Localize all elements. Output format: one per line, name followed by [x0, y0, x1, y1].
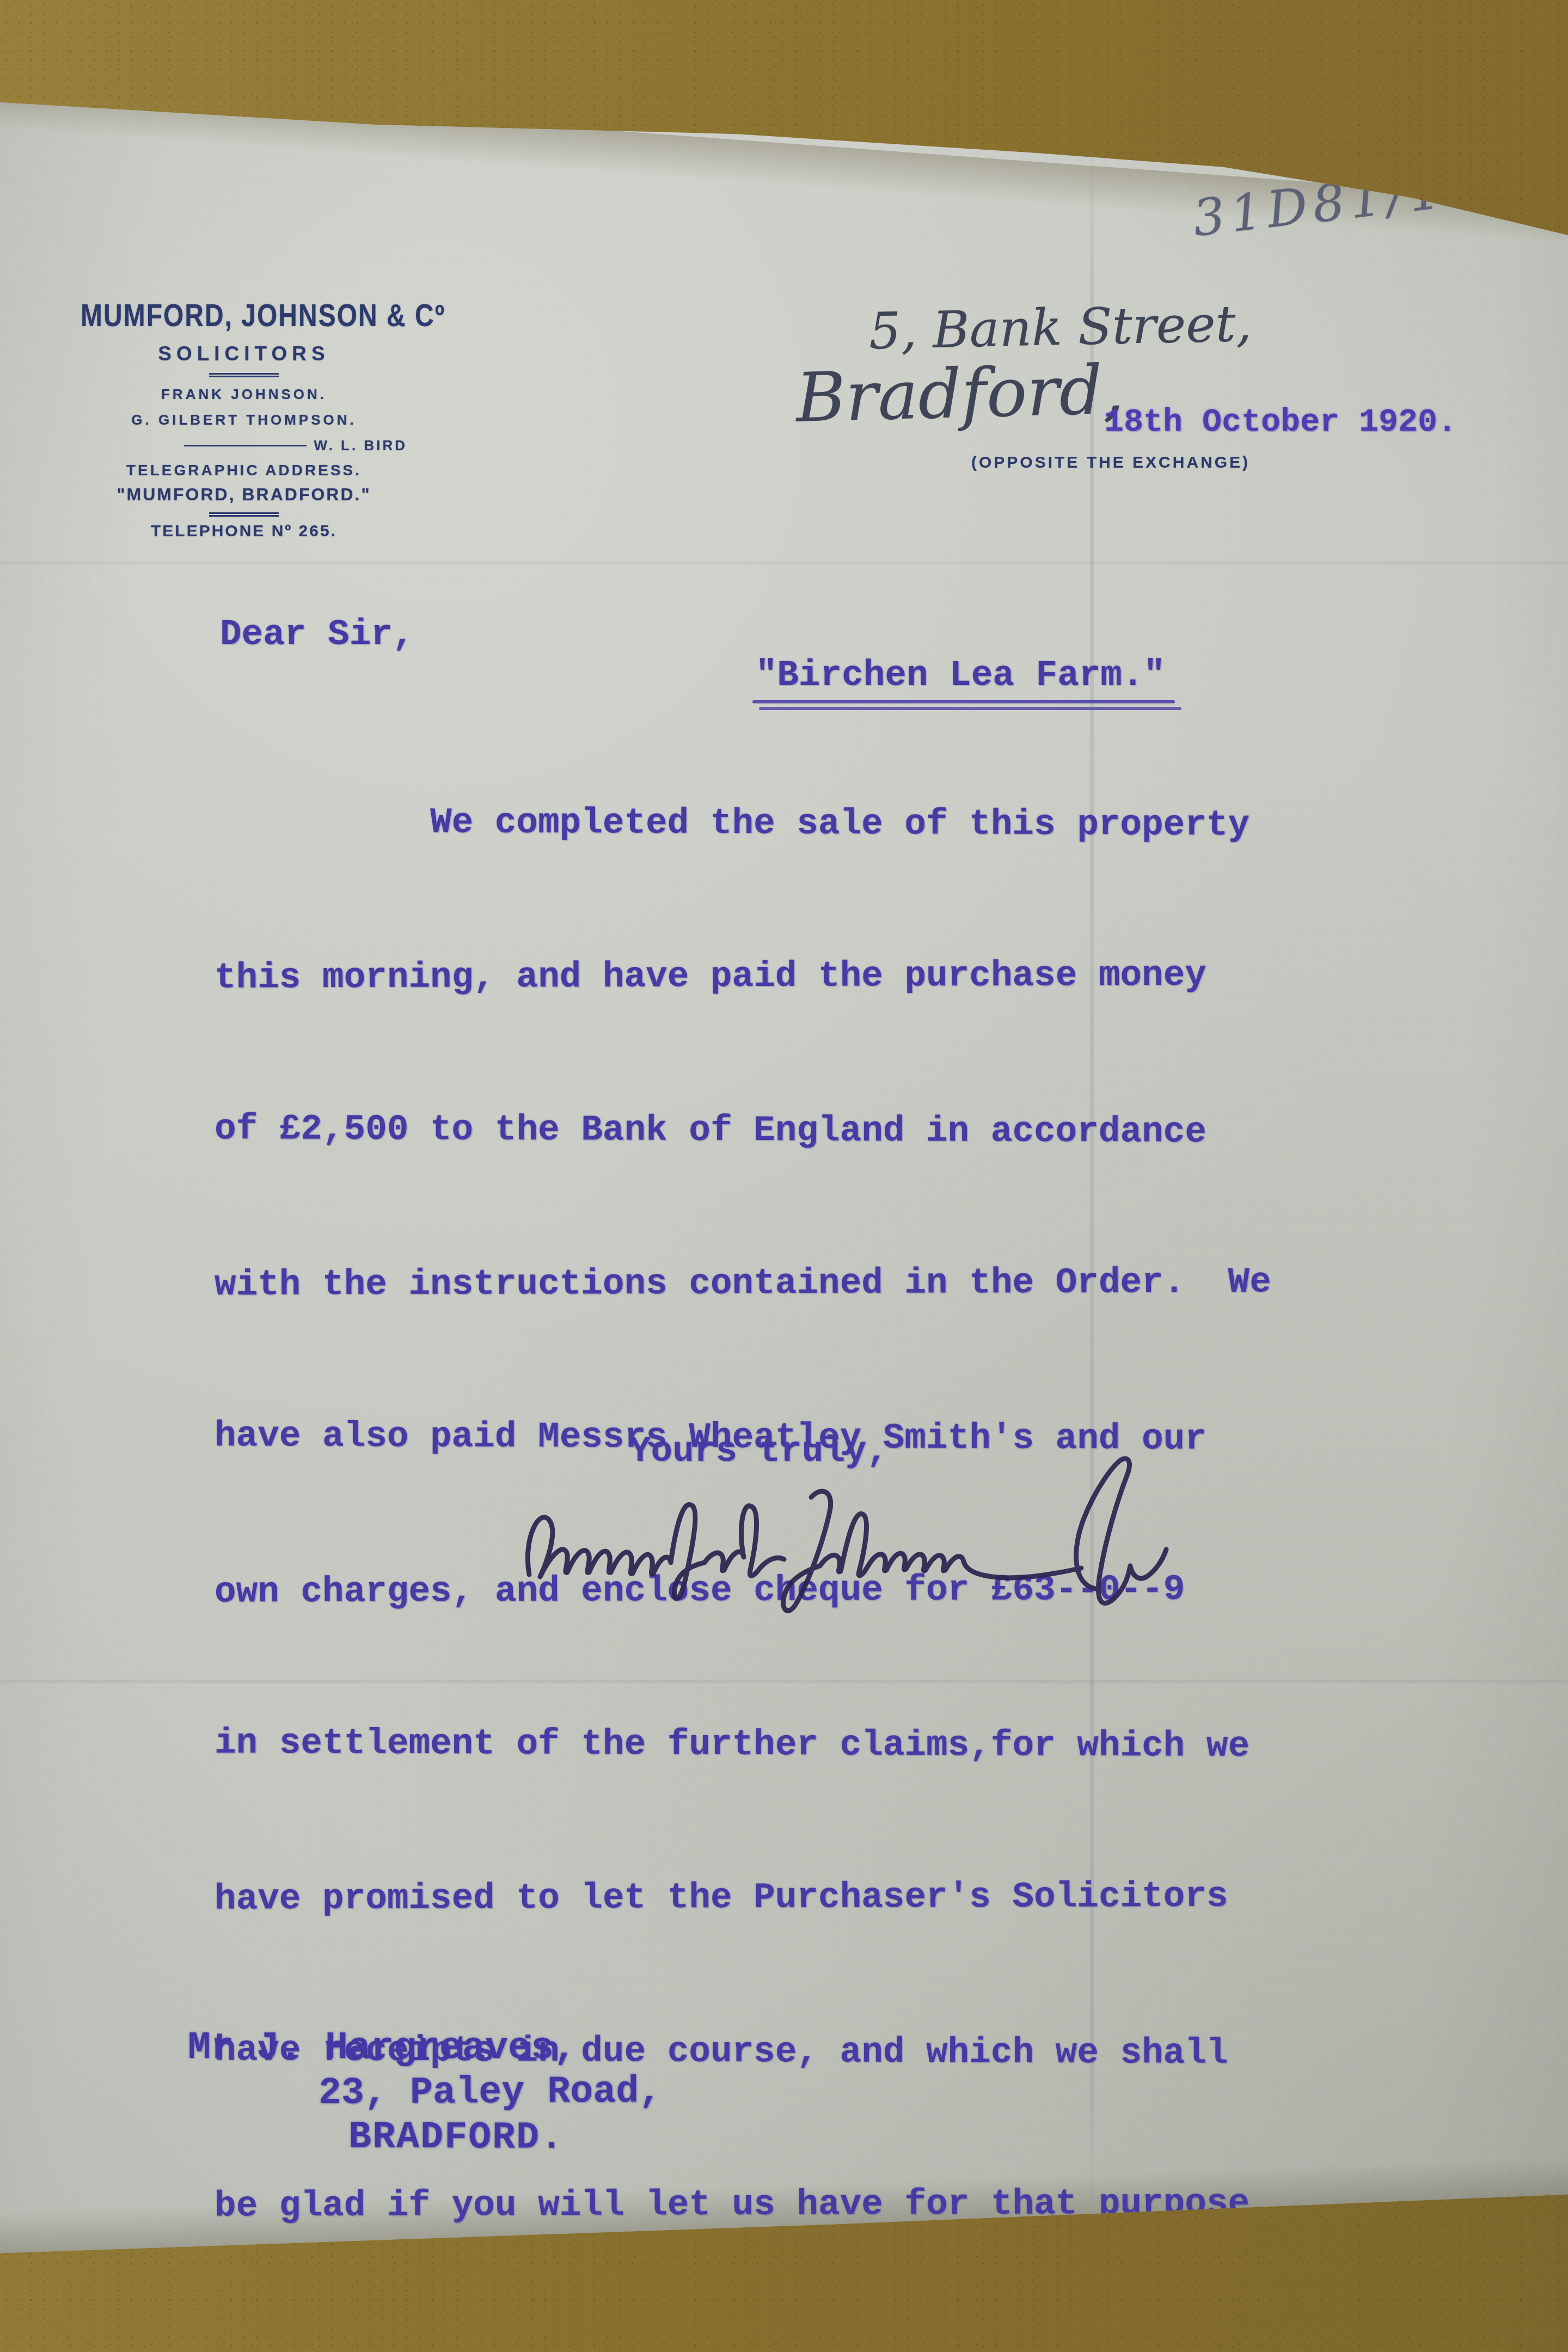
signature-stroke: [528, 1504, 784, 1598]
body-line: with the instructions contained in the O…: [215, 1246, 1271, 1321]
partner-bird-rule: [184, 445, 307, 446]
office-address-city: Bradford,: [795, 351, 1125, 438]
partner-bird-row: W. L. BIRD: [81, 437, 407, 454]
office-address-street: 5, Bank Street,: [868, 295, 1252, 361]
salutation: Dear Sir,: [220, 614, 414, 655]
signature-scrawl: [517, 1451, 1214, 1615]
partner-gilbert-thompson: G. GILBERT THOMPSON.: [81, 412, 407, 428]
recipient-name: Mr J. Hargreaves,: [188, 2026, 661, 2071]
subject-text: "Birchen Lea Farm.": [756, 655, 1166, 698]
body-line: this morning, and have paid the purchase…: [215, 939, 1271, 1014]
body-line: in settlement of the further claims,for …: [215, 1707, 1271, 1783]
body-line: We completed the sale of this property: [215, 786, 1271, 861]
letterhead-rule-top: [209, 373, 279, 377]
signature: Mumford Johnson & Co: [517, 1451, 1214, 1615]
fold-crease-upper: [0, 561, 1568, 564]
letterhead: MUMFORD, JOHNSON & Cº SOLICITORS FRANK J…: [81, 298, 407, 541]
recipient-city: BRADFORD.: [188, 2115, 661, 2161]
body-line: of £2,500 to the Bank of England in acco…: [215, 1093, 1271, 1168]
telephone-number: TELEPHONE Nº 265.: [81, 522, 407, 541]
exchange-location-note: (OPPOSITE THE EXCHANGE): [971, 454, 1250, 472]
recipient-address: Mr J. Hargreaves, 23, Paley Road, BRADFO…: [188, 2026, 661, 2160]
partner-bird: W. L. BIRD: [314, 437, 407, 454]
recipient-street: 23, Paley Road,: [188, 2070, 662, 2117]
telegraphic-address-label: TELEGRAPHIC ADDRESS.: [81, 462, 407, 479]
letter-date: 18th October 1920.: [1104, 404, 1457, 441]
letterhead-rule-bottom: [209, 512, 279, 517]
firm-role: SOLICITORS: [81, 342, 407, 365]
telegraphic-address-value: "MUMFORD, BRADFORD.": [81, 485, 407, 505]
letter-paper: 31D81/13 MUMFORD, JOHNSON & Cº SOLICITOR…: [0, 0, 1568, 2352]
firm-name: MUMFORD, JOHNSON & Cº: [81, 298, 407, 334]
body-line: have promised to let the Purchaser's Sol…: [215, 1860, 1271, 1935]
signature-stroke-johnson: [783, 1491, 1081, 1611]
partner-frank-johnson: FRANK JOHNSON.: [81, 386, 407, 403]
signature-stroke-co: [1076, 1459, 1166, 1603]
